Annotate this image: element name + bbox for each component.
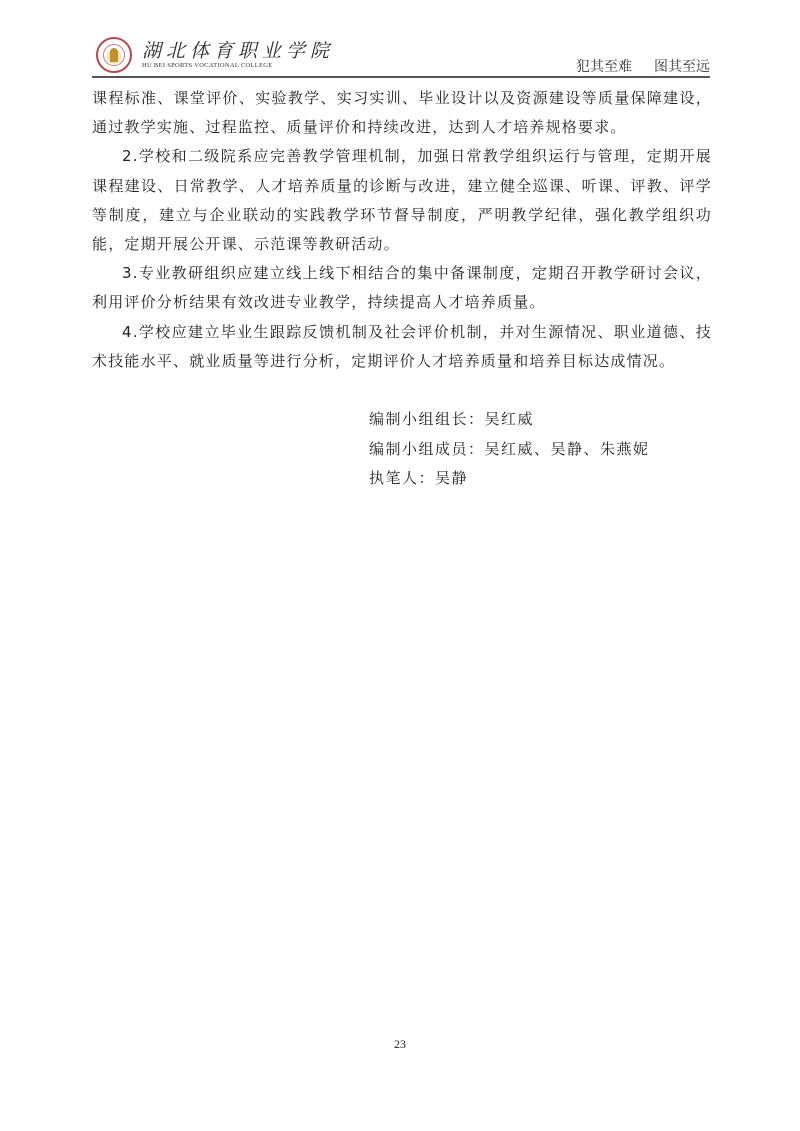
credits-leader: 编制小组组长：吴红威 — [369, 405, 650, 435]
paragraph-4: 4.学校应建立毕业生跟踪反馈机制及社会评价机制，并对生源情况、职业道德、技术技能… — [92, 318, 712, 376]
motto-part-1: 犯其至难 — [576, 59, 632, 75]
college-name-cn: 湖北体育职业学院 — [142, 36, 334, 63]
college-name-en: HU BEI SPORTS VOCATIONAL COLLEGE — [142, 62, 273, 69]
header-divider — [92, 76, 710, 78]
paragraph-1: 课程标准、课堂评价、实验教学、实习实训、毕业设计以及资源建设等质量保障建设，通过… — [92, 84, 712, 142]
page-header: 湖北体育职业学院 HU BEI SPORTS VOCATIONAL COLLEG… — [92, 34, 710, 76]
paragraph-3: 3.专业教研组织应建立线上线下相结合的集中备课制度，定期召开教学研讨会议，利用评… — [92, 259, 712, 317]
college-emblem-icon — [96, 37, 132, 73]
college-motto: 犯其至难图其至远 — [576, 56, 710, 76]
credits-writer: 执笔人：吴静 — [369, 464, 650, 494]
document-body: 课程标准、课堂评价、实验教学、实习实训、毕业设计以及资源建设等质量保障建设，通过… — [92, 84, 712, 376]
authorship-credits: 编制小组组长：吴红威 编制小组成员：吴红威、吴静、朱燕妮 执笔人：吴静 — [369, 405, 650, 494]
paragraph-2: 2.学校和二级院系应完善教学管理机制，加强日常教学组织运行与管理，定期开展课程建… — [92, 142, 712, 259]
page-number: 23 — [0, 1037, 800, 1052]
motto-part-2: 图其至远 — [654, 59, 710, 75]
credits-members: 编制小组成员：吴红威、吴静、朱燕妮 — [369, 435, 650, 465]
